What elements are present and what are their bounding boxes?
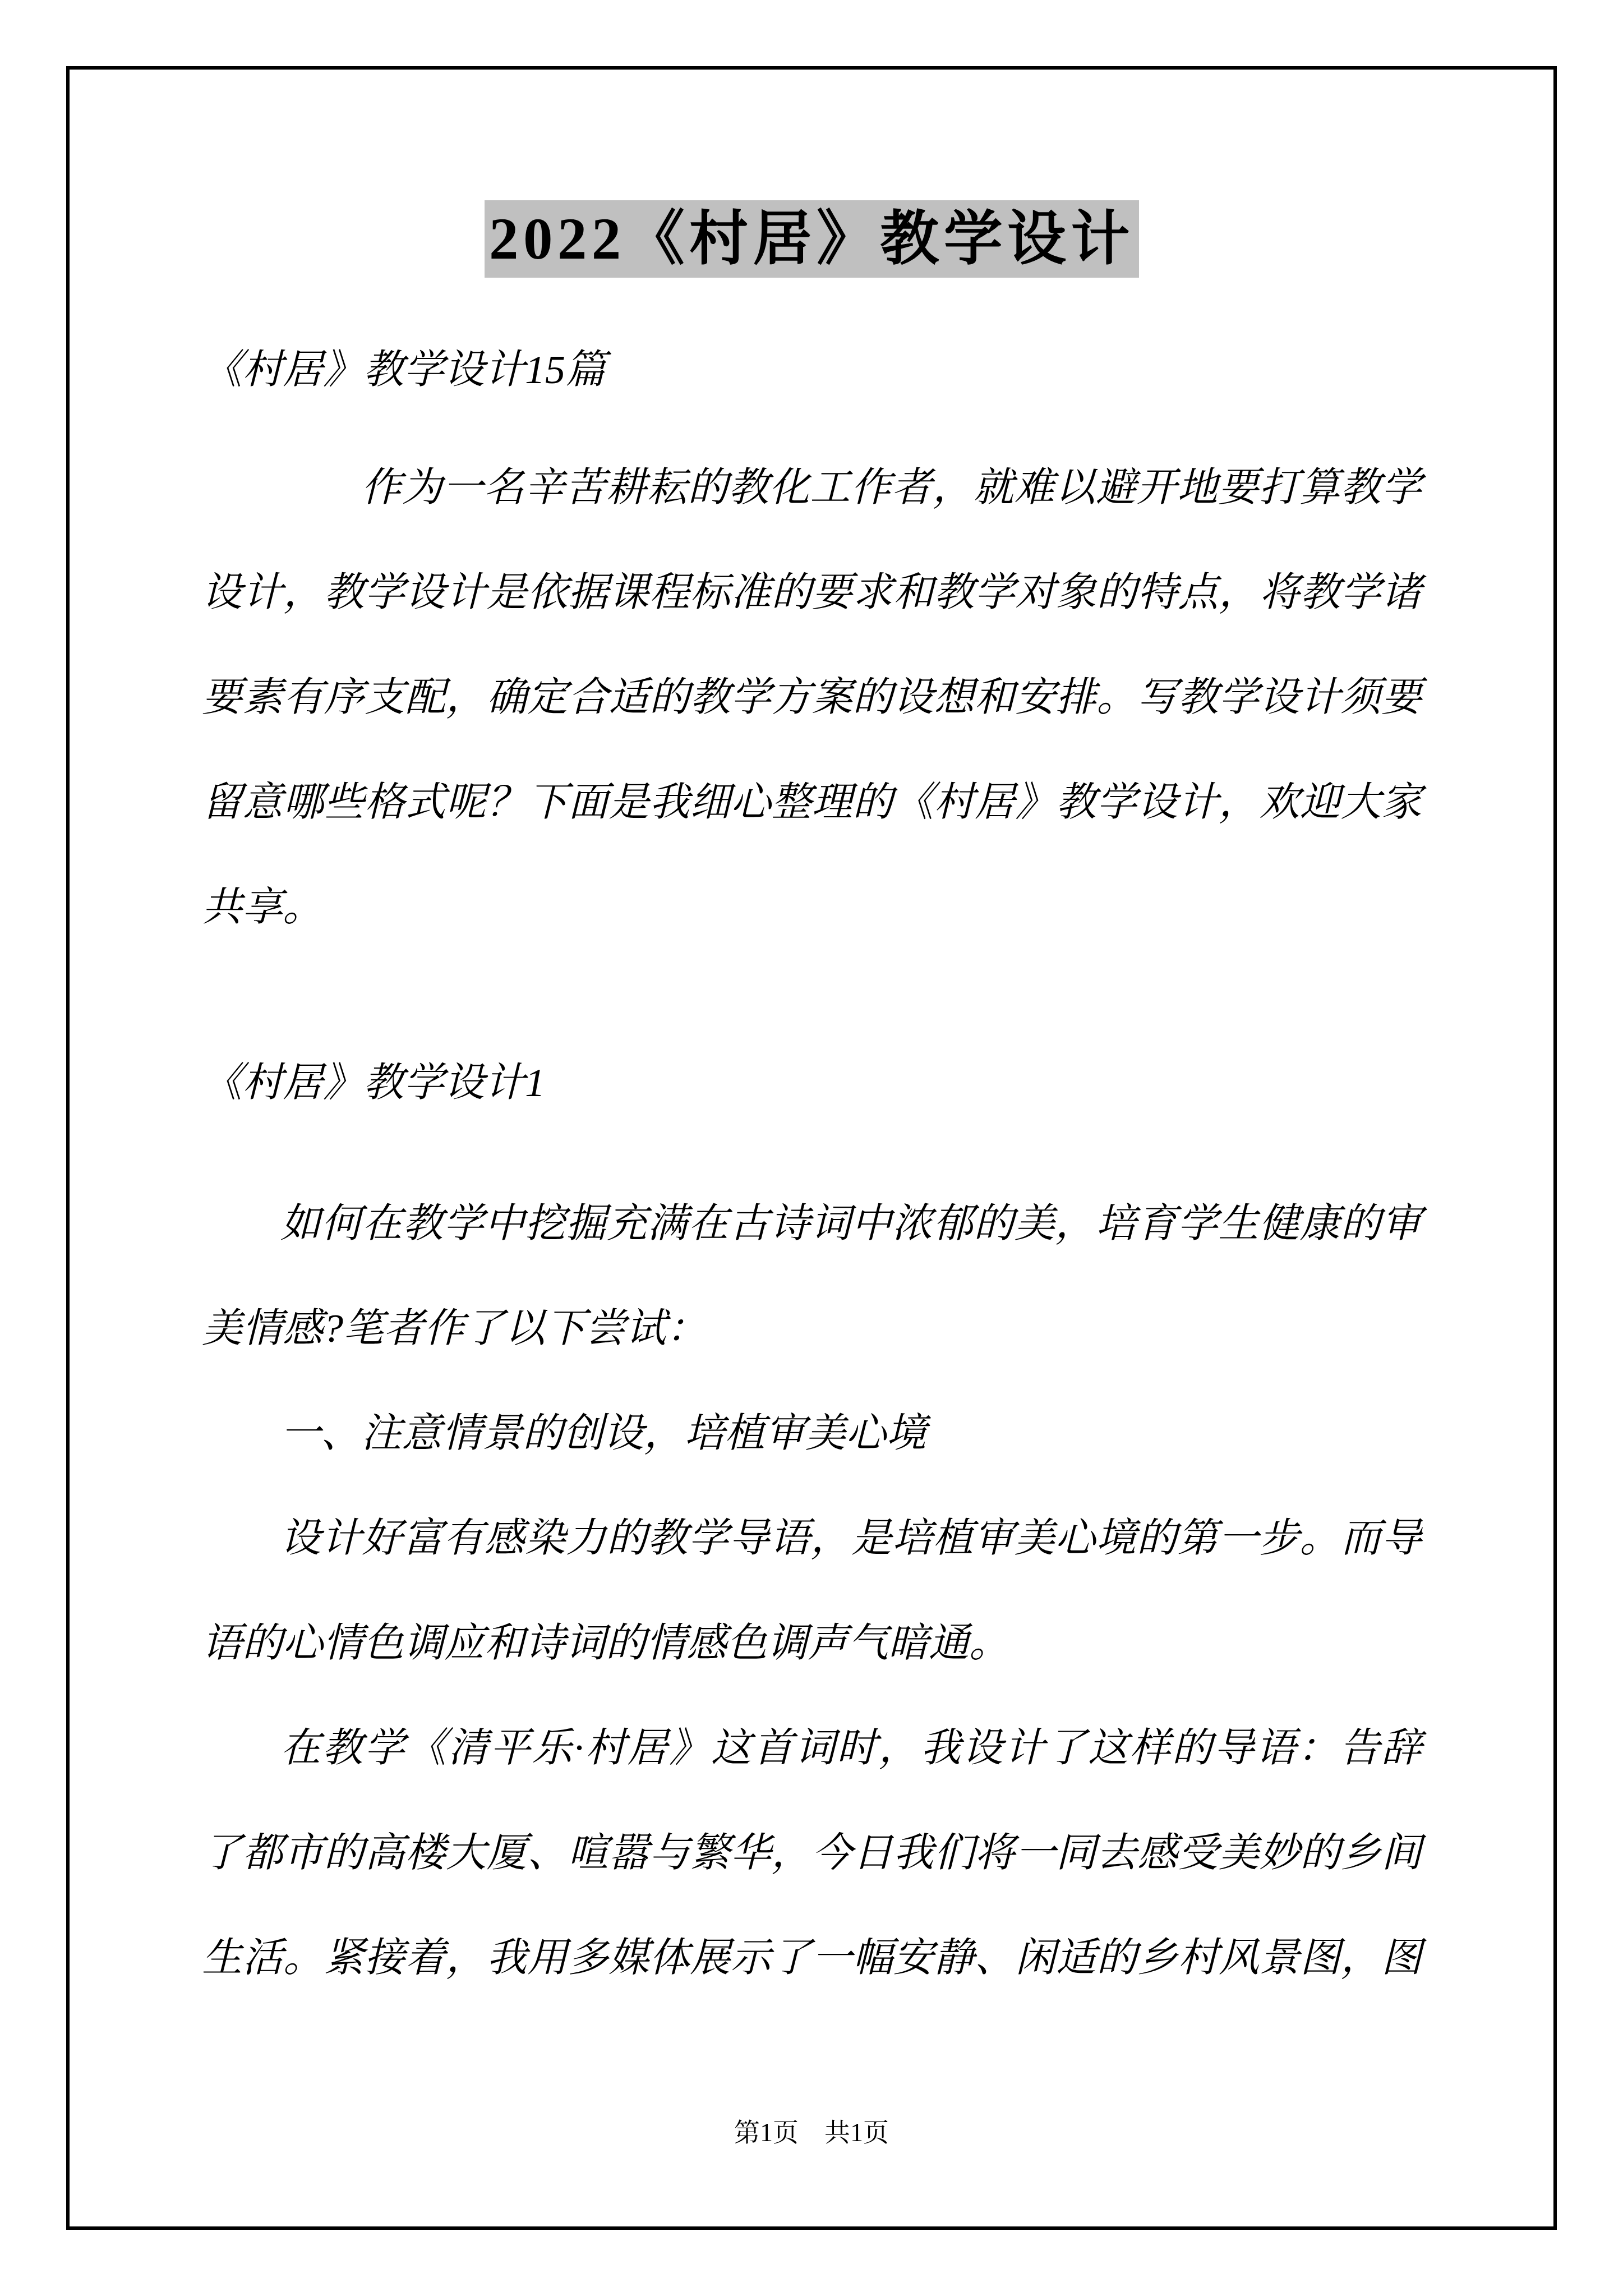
paragraph-line: 如何在教学中挖掘充满在古诗词中浓郁的美，培育学生健康的审 (202, 1171, 1422, 1276)
paragraph-line: 了都市的高楼大厦、喧嚣与繁华，今日我们将一同去感受美妙的乡间 (202, 1801, 1422, 1906)
document-page: 2022《村居》教学设计 《村居》教学设计15篇 作为一名辛苦耕耘的教化工作者，… (0, 0, 1623, 2296)
paragraph-line: 设计好富有感染力的教学导语，是培植审美心境的第一步。而导 (202, 1486, 1422, 1591)
paragraph-line: 要素有序支配，确定合适的教学方案的设想和安排。写教学设计须要 (202, 645, 1422, 750)
highlighted-title-text: 2022《村居》教学设计 (485, 200, 1139, 278)
paragraph-line: 一、注意情景的创设，培植审美心境 (202, 1381, 1422, 1486)
document-body: 2022《村居》教学设计 《村居》教学设计15篇 作为一名辛苦耕耘的教化工作者，… (202, 0, 1422, 2010)
paragraph-line: 留意哪些格式呢？下面是我细心整理的《村居》教学设计，欢迎大家 (202, 750, 1422, 855)
page-number: 第1页 共1页 (0, 2116, 1623, 2150)
subtitle-line: 《村居》教学设计15篇 (202, 318, 1422, 422)
section-heading: 《村居》教学设计1 (202, 1030, 1422, 1135)
paragraph-line: 生活。紧接着，我用多媒体展示了一幅安静、闲适的乡村风景图，图 (202, 1906, 1422, 2010)
paragraph-line: 美情感?笔者作了以下尝试： (202, 1276, 1422, 1381)
paragraph-line: 作为一名辛苦耕耘的教化工作者，就难以避开地要打算教学 (202, 435, 1422, 540)
paragraph-line: 共享。 (202, 855, 1422, 960)
page-title: 2022《村居》教学设计 (202, 200, 1422, 278)
paragraph-line: 语的心情色调应和诗词的情感色调声气暗通。 (202, 1591, 1422, 1696)
paragraph-line: 设计，教学设计是依据课程标准的要求和教学对象的特点，将教学诸 (202, 540, 1422, 645)
paragraph-line: 在教学《清平乐·村居》这首词时，我设计了这样的导语：告辞 (202, 1696, 1422, 1801)
